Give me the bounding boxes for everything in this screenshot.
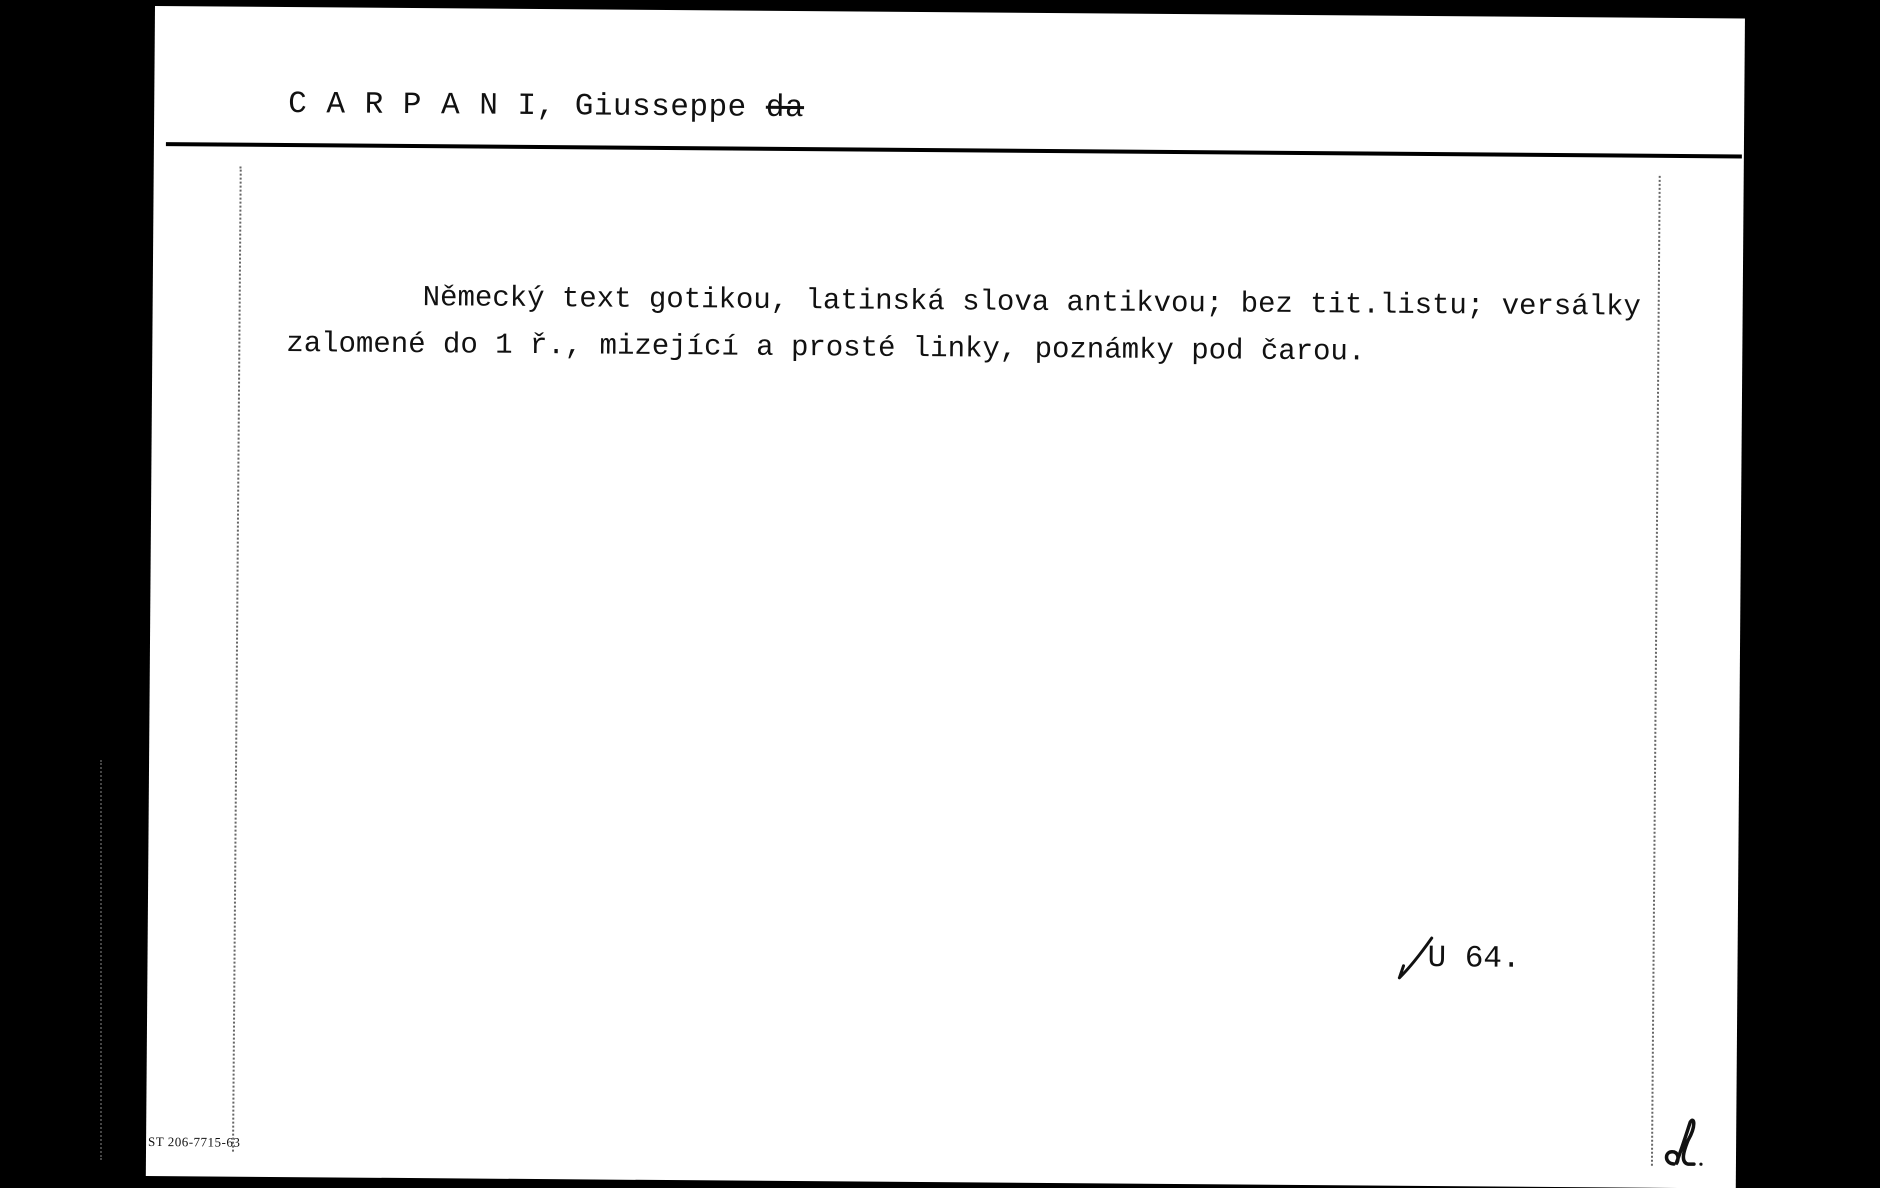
handwritten-initial-icon: [1658, 1118, 1704, 1168]
left-margin-guide: [232, 167, 242, 1152]
print-code: ST 206-7715-63: [148, 1134, 240, 1151]
author-given-name: Giusseppe: [575, 89, 747, 125]
shelfmark: U 64.: [1427, 941, 1520, 977]
catalog-card: C A R P A N I, Giusseppe da Německý text…: [146, 6, 1745, 1188]
scan-border-artifact: [100, 760, 102, 1160]
card-description: Německý text gotikou, latinská slova ant…: [286, 273, 1677, 378]
scanned-catalog-card: C A R P A N I, Giusseppe da Německý text…: [0, 0, 1880, 1188]
card-heading: C A R P A N I, Giusseppe da: [288, 87, 804, 126]
author-surname: C A R P A N I,: [288, 87, 556, 124]
heading-rule: [166, 142, 1742, 158]
struck-particle: da: [766, 91, 804, 126]
